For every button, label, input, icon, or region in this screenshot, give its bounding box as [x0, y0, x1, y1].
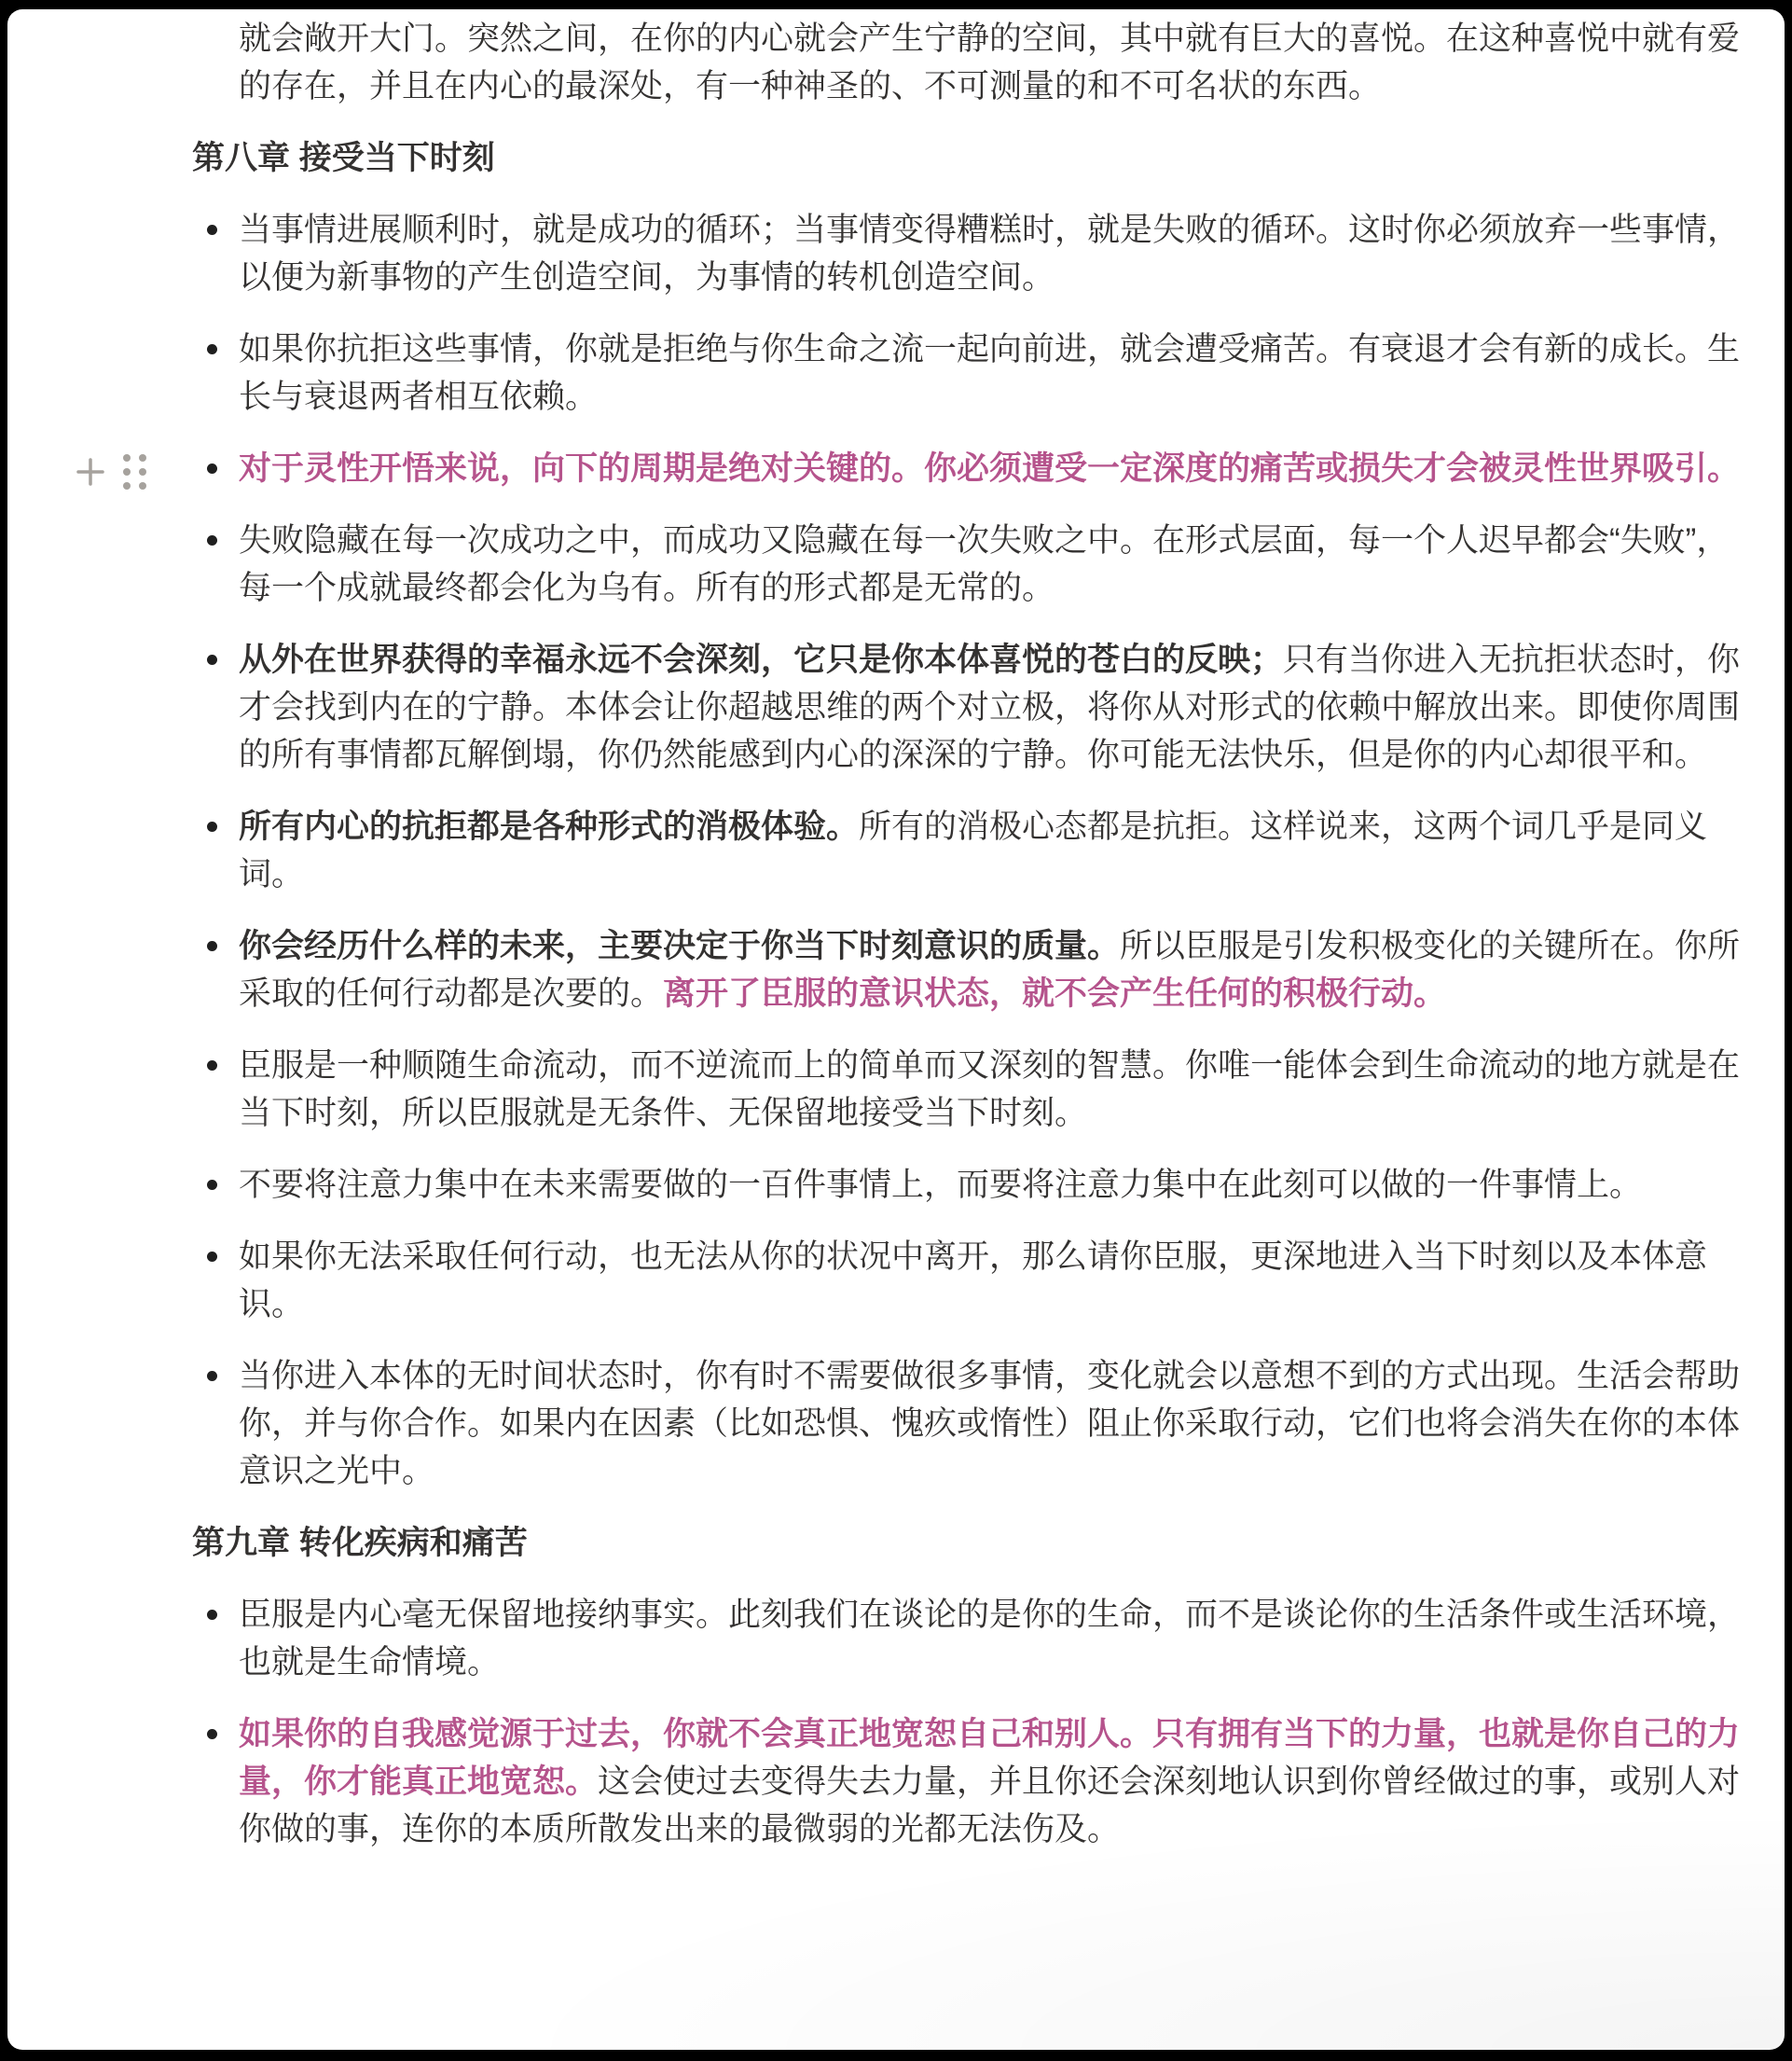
bullet-marker-column [192, 803, 239, 898]
bullet-marker-column [192, 1042, 239, 1137]
document-blocks: 就会敞开大门。突然之间，在你的内心就会产生宁静的空间，其中就有巨大的喜悦。在这种… [192, 15, 1742, 1853]
bullet-marker-column [192, 636, 239, 779]
bullet-item: 失败隐藏在每一次成功之中，而成功又隐藏在每一次失败之中。在形式层面，每一个人迟早… [192, 517, 1742, 612]
bullet-text: 所有内心的抗拒都是各种形式的消极体验。所有的消极心态都是抗拒。这样说来，这两个词… [239, 803, 1742, 898]
document-content: 就会敞开大门。突然之间，在你的内心就会产生宁静的空间，其中就有巨大的喜悦。在这种… [7, 9, 1785, 1853]
bullet-dot-icon [207, 1610, 217, 1620]
bullet-item: 你会经历什么样的未来，主要决定于你当下时刻意识的质量。所以臣服是引发积极变化的关… [192, 922, 1742, 1017]
bullet-item: 如果你的自我感觉源于过去，你就不会真正地宽恕自己和别人。只有拥有当下的力量，也就… [192, 1710, 1742, 1853]
text-segment: 当你进入本体的无时间状态时，你有时不需要做很多事情，变化就会以意想不到的方式出现… [239, 1358, 1740, 1489]
section-heading: 第八章 接受当下时刻 [192, 134, 1742, 182]
bullet-item: 臣服是一种顺随生命流动，而不逆流而上的简单而又深刻的智慧。你唯一能体会到生命流动… [192, 1042, 1742, 1137]
drag-dot-icon [139, 454, 146, 462]
drag-handle[interactable] [123, 454, 146, 490]
bullet-dot-icon [207, 822, 217, 832]
bullet-text: 对于灵性开悟来说，向下的周期是绝对关键的。你必须遭受一定深度的痛苦或损失才会被灵… [239, 445, 1742, 492]
bullet-dot-icon [207, 655, 217, 665]
text-segment: 就会敞开大门。突然之间，在你的内心就会产生宁静的空间，其中就有巨大的喜悦。在这种… [239, 21, 1740, 104]
bullet-marker-column [192, 206, 239, 301]
add-block-button[interactable] [75, 456, 106, 488]
text-segment: 你会经历什么样的未来，主要决定于你当下时刻意识的质量。 [239, 928, 1120, 964]
block-controls [75, 454, 146, 490]
bullet-marker-column [192, 1233, 239, 1328]
text-segment: 如果你抗拒这些事情，你就是拒绝与你生命之流一起向前进，就会遭受痛苦。有衰退才会有… [239, 331, 1740, 415]
text-segment: 当事情进展顺利时，就是成功的循环；当事情变得糟糕时，就是失败的循环。这时你必须放… [239, 212, 1740, 296]
drag-dot-icon [123, 482, 131, 490]
bullet-text: 如果你无法采取任何行动，也无法从你的状况中离开，那么请你臣服，更深地进入当下时刻… [239, 1233, 1742, 1328]
bullet-dot-icon [207, 225, 217, 235]
bullet-dot-icon [207, 535, 217, 546]
bullet-dot-icon [207, 344, 217, 354]
bullet-marker-column [192, 922, 239, 1017]
drag-dot-icon [123, 468, 131, 476]
plus-icon [76, 457, 105, 487]
text-segment: 臣服是一种顺随生命流动，而不逆流而上的简单而又深刻的智慧。你唯一能体会到生命流动… [239, 1047, 1740, 1131]
text-segment: 对于灵性开悟来说，向下的周期是绝对关键的。你必须遭受一定深度的痛苦或损失才会被灵… [239, 450, 1740, 487]
bullet-item: 臣服是内心毫无保留地接纳事实。此刻我们在谈论的是你的生命，而不是谈论你的生活条件… [192, 1591, 1742, 1686]
bullet-marker-column [192, 1591, 239, 1686]
bullet-item: 从外在世界获得的幸福永远不会深刻，它只是你本体喜悦的苍白的反映；只有当你进入无抗… [192, 636, 1742, 779]
bullet-dot-icon [207, 941, 217, 951]
bullet-item: 如果你抗拒这些事情，你就是拒绝与你生命之流一起向前进，就会遭受痛苦。有衰退才会有… [192, 325, 1742, 421]
drag-dot-icon [123, 454, 131, 462]
text-segment: 如果你无法采取任何行动，也无法从你的状况中离开，那么请你臣服，更深地进入当下时刻… [239, 1238, 1707, 1322]
bullet-item: 所有内心的抗拒都是各种形式的消极体验。所有的消极心态都是抗拒。这样说来，这两个词… [192, 803, 1742, 898]
bullet-item: 如果你无法采取任何行动，也无法从你的状况中离开，那么请你臣服，更深地进入当下时刻… [192, 1233, 1742, 1328]
text-segment: 所有内心的抗拒都是各种形式的消极体验。 [239, 809, 859, 845]
drag-dot-icon [139, 468, 146, 476]
bullet-dot-icon [207, 1729, 217, 1739]
bullet-marker-column [192, 1710, 239, 1853]
bullet-item: 不要将注意力集中在未来需要做的一百件事情上，而要将注意力集中在此刻可以做的一件事… [192, 1161, 1742, 1209]
text-segment: 从外在世界获得的幸福永远不会深刻，它只是你本体喜悦的苍白的反映； [239, 642, 1283, 678]
bullet-dot-icon [207, 1371, 217, 1381]
bullet-item: 当事情进展顺利时，就是成功的循环；当事情变得糟糕时，就是失败的循环。这时你必须放… [192, 206, 1742, 301]
bullet-item: 对于灵性开悟来说，向下的周期是绝对关键的。你必须遭受一定深度的痛苦或损失才会被灵… [192, 445, 1742, 492]
bullet-item: 当你进入本体的无时间状态时，你有时不需要做很多事情，变化就会以意想不到的方式出现… [192, 1352, 1742, 1495]
drag-dot-icon [139, 482, 146, 490]
text-segment: 臣服是内心毫无保留地接纳事实。此刻我们在谈论的是你的生命，而不是谈论你的生活条件… [239, 1597, 1740, 1681]
bullet-dot-icon [207, 1060, 217, 1071]
bullet-marker-column [192, 325, 239, 421]
bullet-text: 如果你抗拒这些事情，你就是拒绝与你生命之流一起向前进，就会遭受痛苦。有衰退才会有… [239, 325, 1742, 421]
bullet-dot-icon [207, 463, 217, 474]
bullet-marker-column [192, 1161, 239, 1209]
bullet-text: 当你进入本体的无时间状态时，你有时不需要做很多事情，变化就会以意想不到的方式出现… [239, 1352, 1742, 1495]
bullet-text: 当事情进展顺利时，就是成功的循环；当事情变得糟糕时，就是失败的循环。这时你必须放… [239, 206, 1742, 301]
bullet-text: 臣服是一种顺随生命流动，而不逆流而上的简单而又深刻的智慧。你唯一能体会到生命流动… [239, 1042, 1742, 1137]
text-segment: 失败隐藏在每一次成功之中，而成功又隐藏在每一次失败之中。在形式层面，每一个人迟早… [239, 522, 1729, 606]
bullet-text: 臣服是内心毫无保留地接纳事实。此刻我们在谈论的是你的生命，而不是谈论你的生活条件… [239, 1591, 1742, 1686]
bullet-text: 不要将注意力集中在未来需要做的一百件事情上，而要将注意力集中在此刻可以做的一件事… [239, 1161, 1742, 1209]
paragraph-block: 就会敞开大门。突然之间，在你的内心就会产生宁静的空间，其中就有巨大的喜悦。在这种… [239, 15, 1742, 110]
bullet-text: 从外在世界获得的幸福永远不会深刻，它只是你本体喜悦的苍白的反映；只有当你进入无抗… [239, 636, 1742, 779]
bullet-marker-column [192, 517, 239, 612]
bullet-text: 你会经历什么样的未来，主要决定于你当下时刻意识的质量。所以臣服是引发积极变化的关… [239, 922, 1742, 1017]
bullet-marker-column [192, 445, 239, 492]
document-sheet: 就会敞开大门。突然之间，在你的内心就会产生宁静的空间，其中就有巨大的喜悦。在这种… [7, 9, 1785, 2050]
section-heading: 第九章 转化疾病和痛苦 [192, 1519, 1742, 1567]
bullet-marker-column [192, 1352, 239, 1495]
text-segment: 离开了臣服的意识状态，就不会产生任何的积极行动。 [663, 975, 1446, 1012]
bullet-dot-icon [207, 1252, 217, 1262]
bullet-dot-icon [207, 1180, 217, 1190]
bullet-text: 失败隐藏在每一次成功之中，而成功又隐藏在每一次失败之中。在形式层面，每一个人迟早… [239, 517, 1742, 612]
bullet-text: 如果你的自我感觉源于过去，你就不会真正地宽恕自己和别人。只有拥有当下的力量，也就… [239, 1710, 1742, 1853]
text-segment: 不要将注意力集中在未来需要做的一百件事情上，而要将注意力集中在此刻可以做的一件事… [239, 1167, 1642, 1203]
